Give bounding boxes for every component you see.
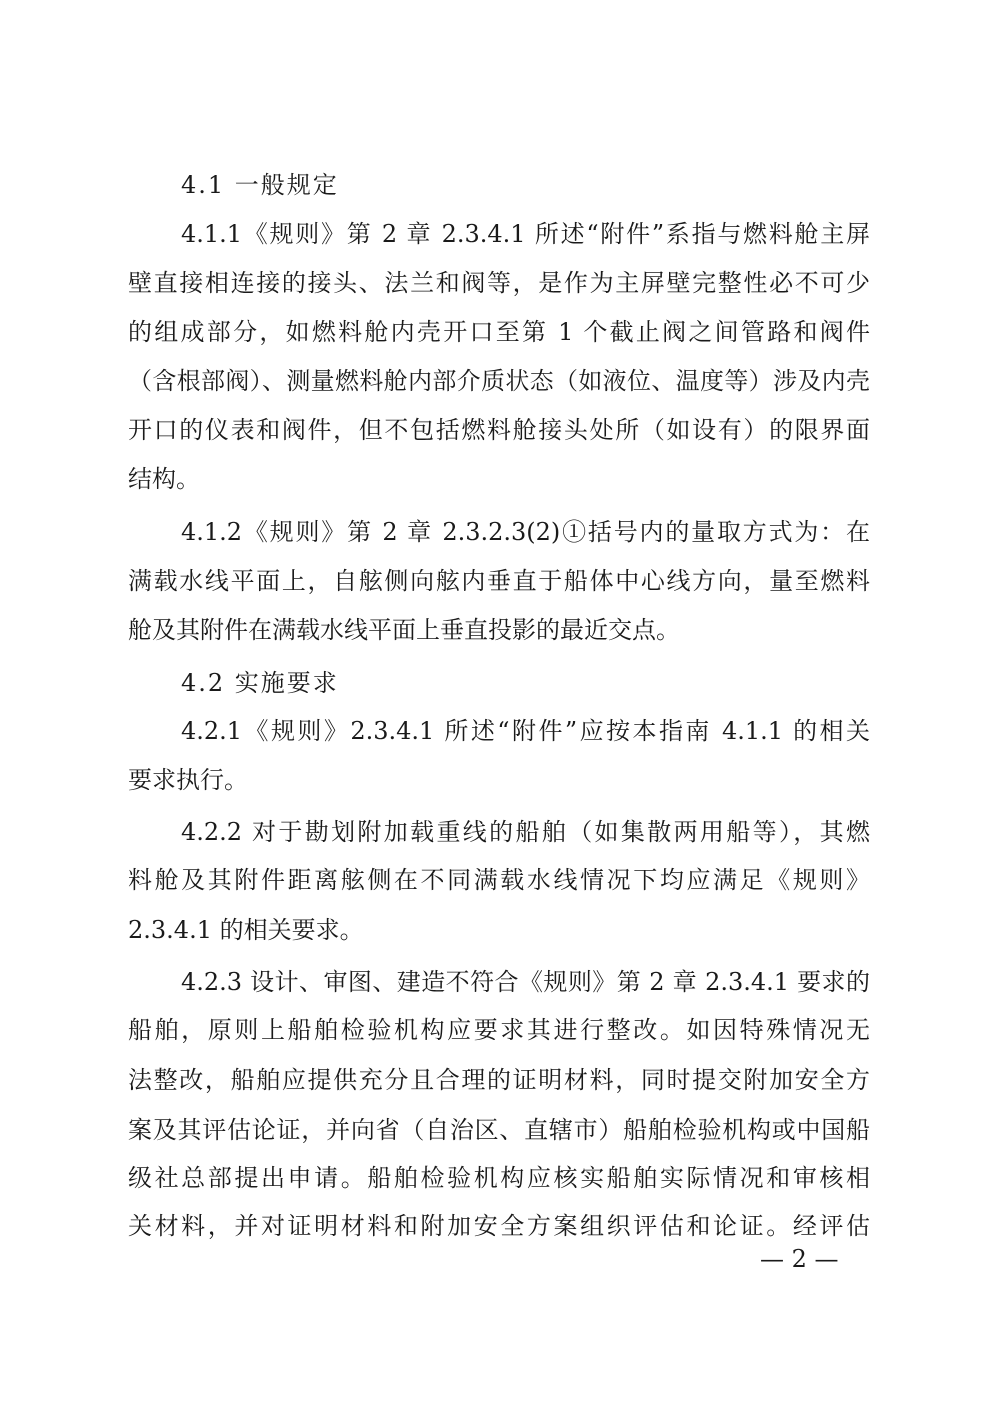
page-number: — 2 — (760, 1244, 839, 1274)
document-page: 4.1 一般规定 4.1.1《规则》第 2 章 2.3.4.1 所述“附件”系指… (0, 0, 1000, 1414)
clause-line: 4.2.1《规则》2.3.4.1 所述“附件”应按本指南 4.1.1 的相关 (181, 716, 870, 746)
clause-line: 料舱及其附件距离舷侧在不同满载水线情况下均应满足《规则》 (128, 865, 870, 895)
section-heading-4-2: 4.2 实施要求 (181, 668, 339, 698)
clause-line: 开口的仪表和阀件，但不包括燃料舱接头处所（如设有）的限界面 (128, 415, 870, 445)
clause-line: 4.1.1《规则》第 2 章 2.3.4.1 所述“附件”系指与燃料舱主屏 (181, 219, 870, 249)
clause-line: 4.2.3 设计、审图、建造不符合《规则》第 2 章 2.3.4.1 要求的 (181, 967, 870, 997)
clause-line: 4.2.2 对于勘划附加载重线的船舶（如集散两用船等），其燃 (181, 817, 870, 847)
clause-line: 舱及其附件在满载水线平面上垂直投影的最近交点。 (128, 615, 870, 645)
clause-line: 结构。 (128, 464, 870, 494)
clause-line: 法整改，船舶应提供充分且合理的证明材料，同时提交附加安全方 (128, 1065, 870, 1095)
clause-line: 2.3.4.1 的相关要求。 (128, 915, 870, 945)
clause-line: 4.1.2《规则》第 2 章 2.3.2.3(2)①括号内的量取方式为：在 (181, 517, 870, 547)
clause-line: 要求执行。 (128, 765, 870, 795)
clause-line: （含根部阀）、测量燃料舱内部介质状态（如液位、温度等）涉及内壳 (128, 366, 870, 396)
clause-line: 船舶，原则上船舶检验机构应要求其进行整改。如因特殊情况无 (128, 1015, 870, 1045)
section-heading-4-1: 4.1 一般规定 (181, 170, 339, 200)
clause-line: 案及其评估论证，并向省（自治区、直辖市）船舶检验机构或中国船 (128, 1115, 870, 1145)
clause-line: 级社总部提出申请。船舶检验机构应核实船舶实际情况和审核相 (128, 1163, 870, 1193)
clause-line: 关材料，并对证明材料和附加安全方案组织评估和论证。经评估 (128, 1211, 870, 1241)
clause-line: 壁直接相连接的接头、法兰和阀等，是作为主屏壁完整性必不可少 (128, 268, 870, 298)
clause-line: 的组成部分，如燃料舱内壳开口至第 1 个截止阀之间管路和阀件 (128, 317, 870, 347)
clause-line: 满载水线平面上，自舷侧向舷内垂直于船体中心线方向，量至燃料 (128, 566, 870, 596)
